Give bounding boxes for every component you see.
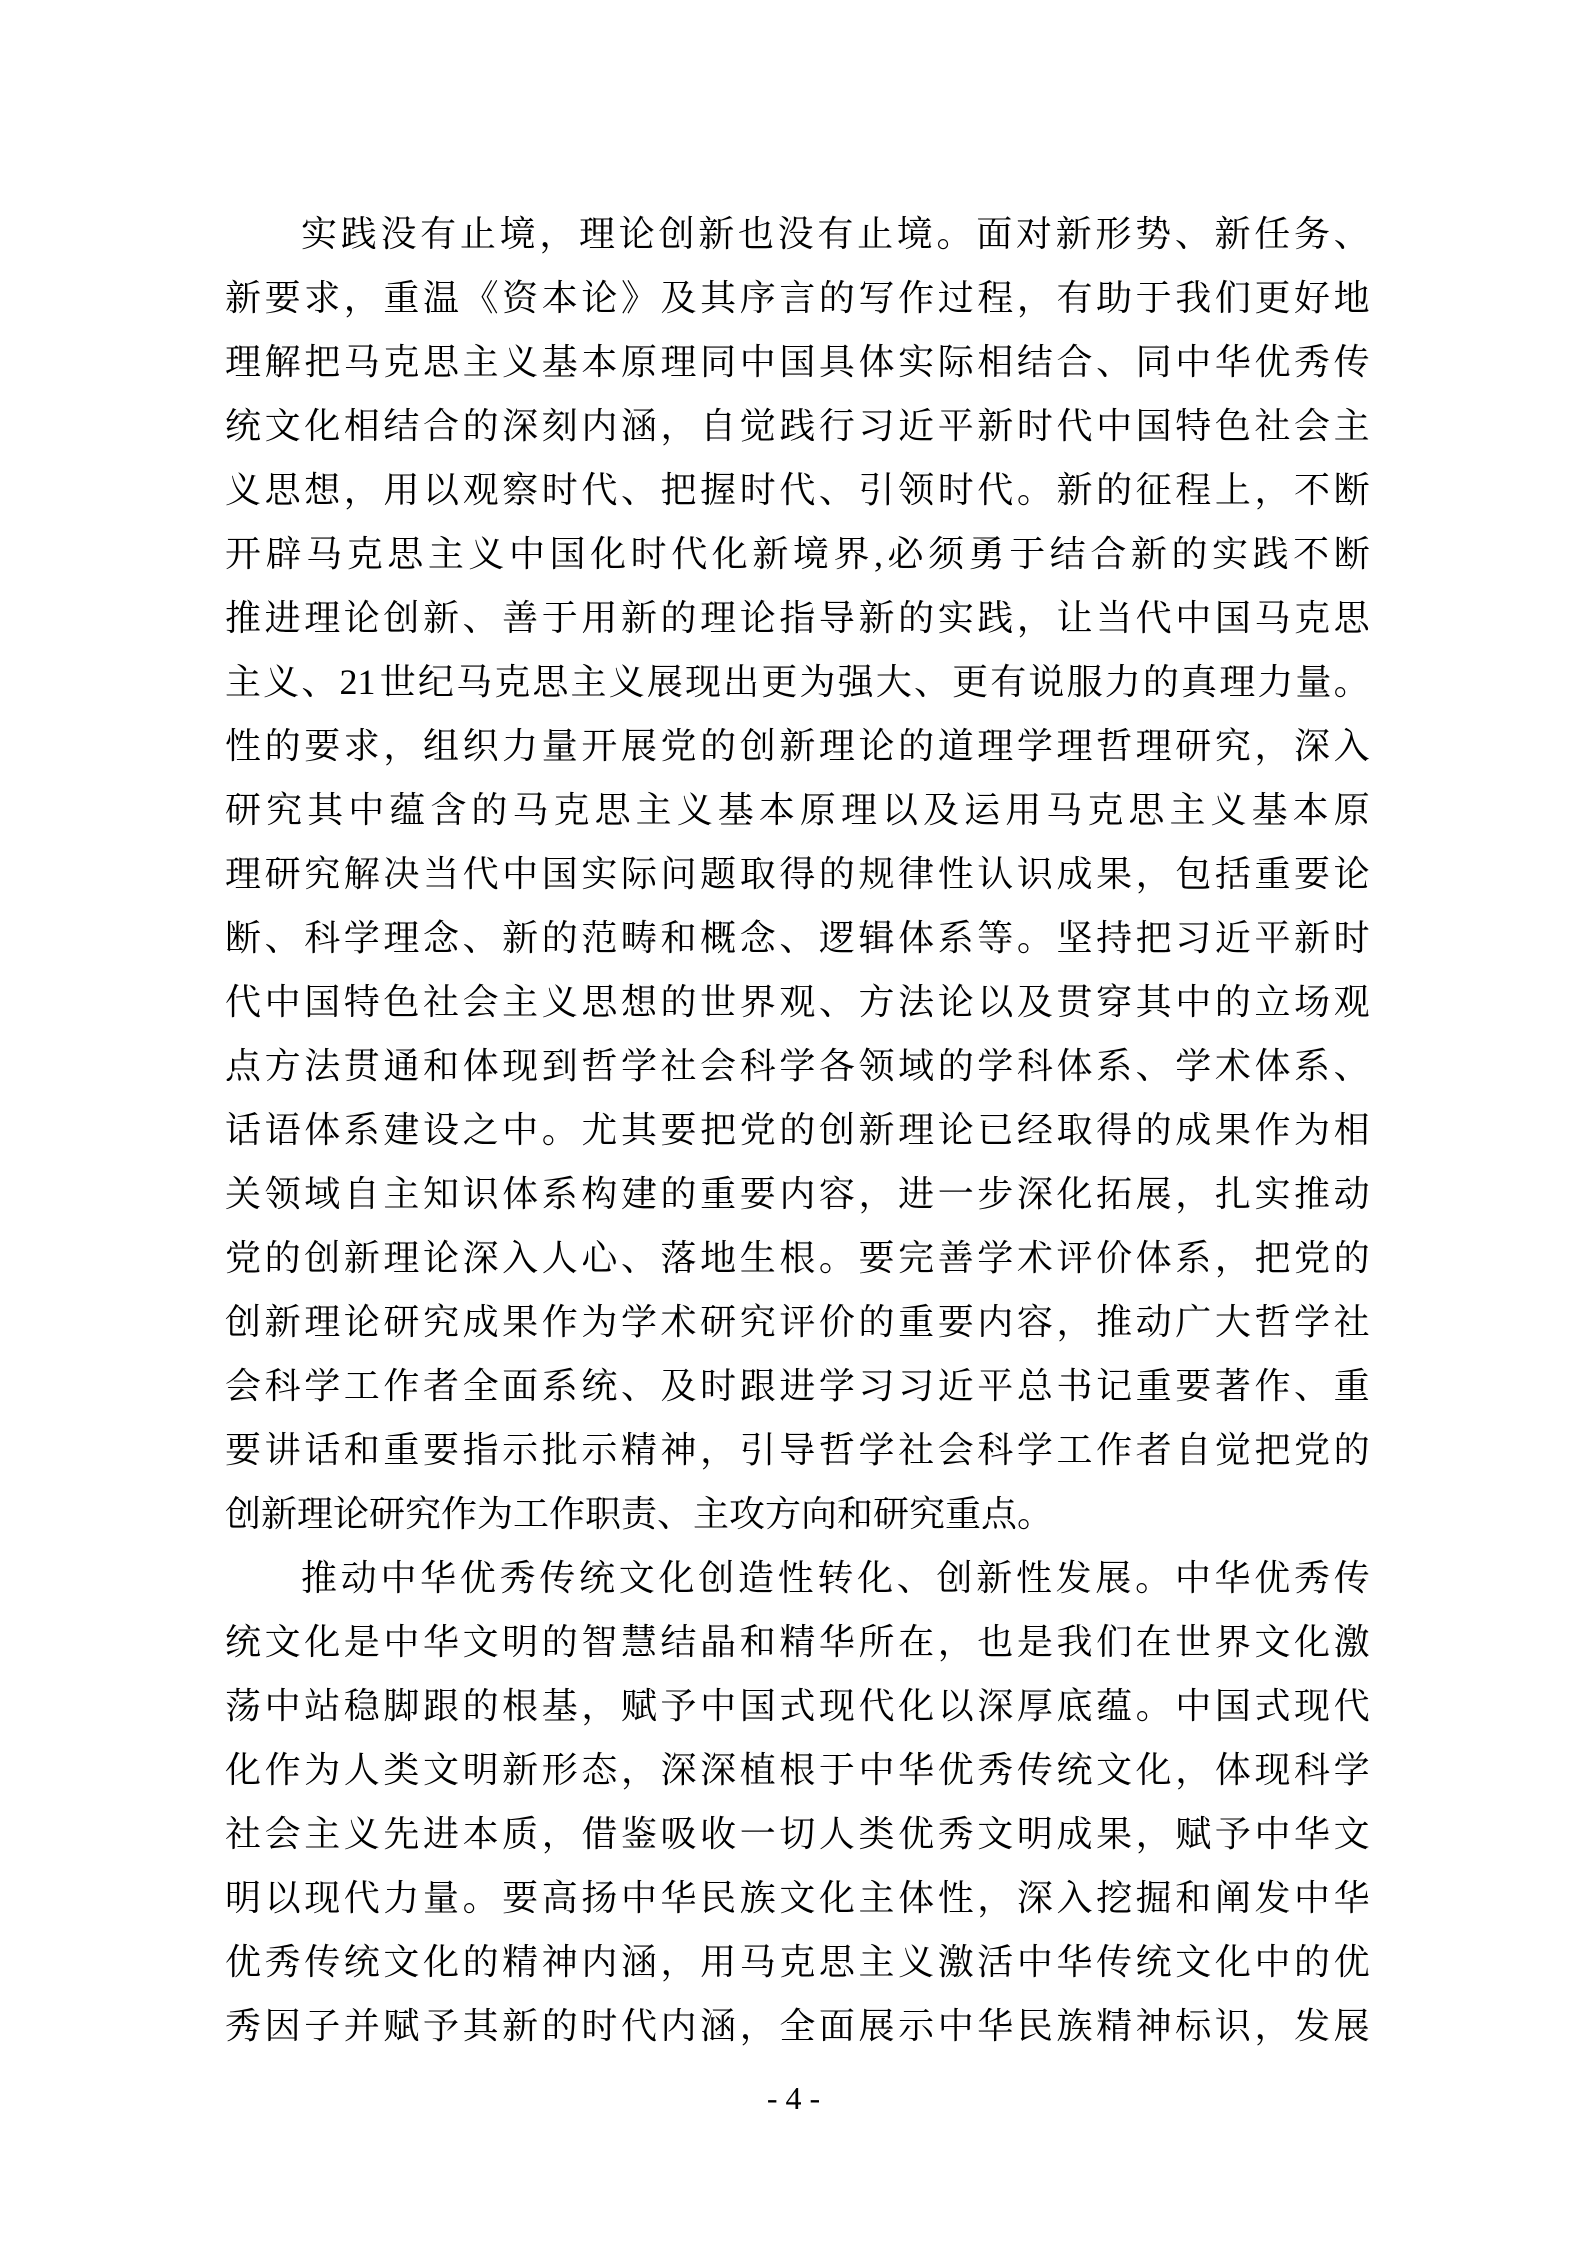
- text-line: 话语体系建设之中。尤其要把党的创新理论已经取得的成果作为相: [225, 1098, 1370, 1162]
- text-line: 社会主义先进本质，借鉴吸收一切人类优秀文明成果，赋予中华文: [225, 1802, 1370, 1866]
- text-line: 推进理论创新、善于用新的理论指导新的实践，让当代中国马克思: [225, 586, 1370, 650]
- text-line: 要讲话和重要指示批示精神，引导哲学社会科学工作者自觉把党的: [225, 1418, 1370, 1482]
- text-line: 创新理论研究作为工作职责、主攻方向和研究重点。: [225, 1482, 1370, 1546]
- text-line: 推动中华优秀传统文化创造性转化、创新性发展。中华优秀传: [225, 1546, 1370, 1610]
- text-line: 新要求，重温《资本论》及其序言的写作过程，有助于我们更好地: [225, 266, 1370, 330]
- text-line: 代中国特色社会主义思想的世界观、方法论以及贯穿其中的立场观: [225, 970, 1370, 1034]
- text-line: 明以现代力量。要高扬中华民族文化主体性，深入挖掘和阐发中华: [225, 1866, 1370, 1930]
- text-line: 开辟马克思主义中国化时代化新境界,必须勇于结合新的实践不断: [225, 522, 1370, 586]
- text-line: 主义、21 世纪马克思主义展现出更为强大、更有说服力的真理力量。: [225, 650, 1370, 714]
- text-line: 优秀传统文化的精神内涵，用马克思主义激活中华传统文化中的优: [225, 1930, 1370, 1994]
- text-line: 创新理论研究成果作为学术研究评价的重要内容，推动广大哲学社: [225, 1290, 1370, 1354]
- page-number: - 4 -: [0, 2080, 1587, 2116]
- text-line: 研究其中蕴含的马克思主义基本原理以及运用马克思主义基本原: [225, 778, 1370, 842]
- text-line: 党的创新理论深入人心、落地生根。要完善学术评价体系，把党的: [225, 1226, 1370, 1290]
- text-line: 统文化相结合的深刻内涵，自觉践行习近平新时代中国特色社会主: [225, 394, 1370, 458]
- text-line: 会科学工作者全面系统、及时跟进学习习近平总书记重要著作、重: [225, 1354, 1370, 1418]
- text-line: 实践没有止境，理论创新也没有止境。面对新形势、新任务、: [225, 202, 1370, 266]
- text-line: 化作为人类文明新形态，深深植根于中华优秀传统文化，体现科学: [225, 1738, 1370, 1802]
- text-line: 断、科学理念、新的范畴和概念、逻辑体系等。坚持把习近平新时: [225, 906, 1370, 970]
- text-line: 性的要求，组织力量开展党的创新理论的道理学理哲理研究，深入: [225, 714, 1370, 778]
- text-line: 统文化是中华文明的智慧结晶和精华所在，也是我们在世界文化激: [225, 1610, 1370, 1674]
- text-line: 理解把马克思主义基本原理同中国具体实际相结合、同中华优秀传: [225, 330, 1370, 394]
- text-line: 理研究解决当代中国实际问题取得的规律性认识成果，包括重要论: [225, 842, 1370, 906]
- text-line: 荡中站稳脚跟的根基，赋予中国式现代化以深厚底蕴。中国式现代: [225, 1674, 1370, 1738]
- text-line: 义思想，用以观察时代、把握时代、引领时代。新的征程上，不断: [225, 458, 1370, 522]
- text-line: 点方法贯通和体现到哲学社会科学各领域的学科体系、学术体系、: [225, 1034, 1370, 1098]
- text-line: 秀因子并赋予其新的时代内涵，全面展示中华民族精神标识，发展: [225, 1994, 1370, 2058]
- document-page: 实践没有止境，理论创新也没有止境。面对新形势、新任务、新要求，重温《资本论》及其…: [0, 0, 1587, 2245]
- text-block: 实践没有止境，理论创新也没有止境。面对新形势、新任务、新要求，重温《资本论》及其…: [225, 202, 1370, 2058]
- text-line: 关领域自主知识体系构建的重要内容，进一步深化拓展，扎实推动: [225, 1162, 1370, 1226]
